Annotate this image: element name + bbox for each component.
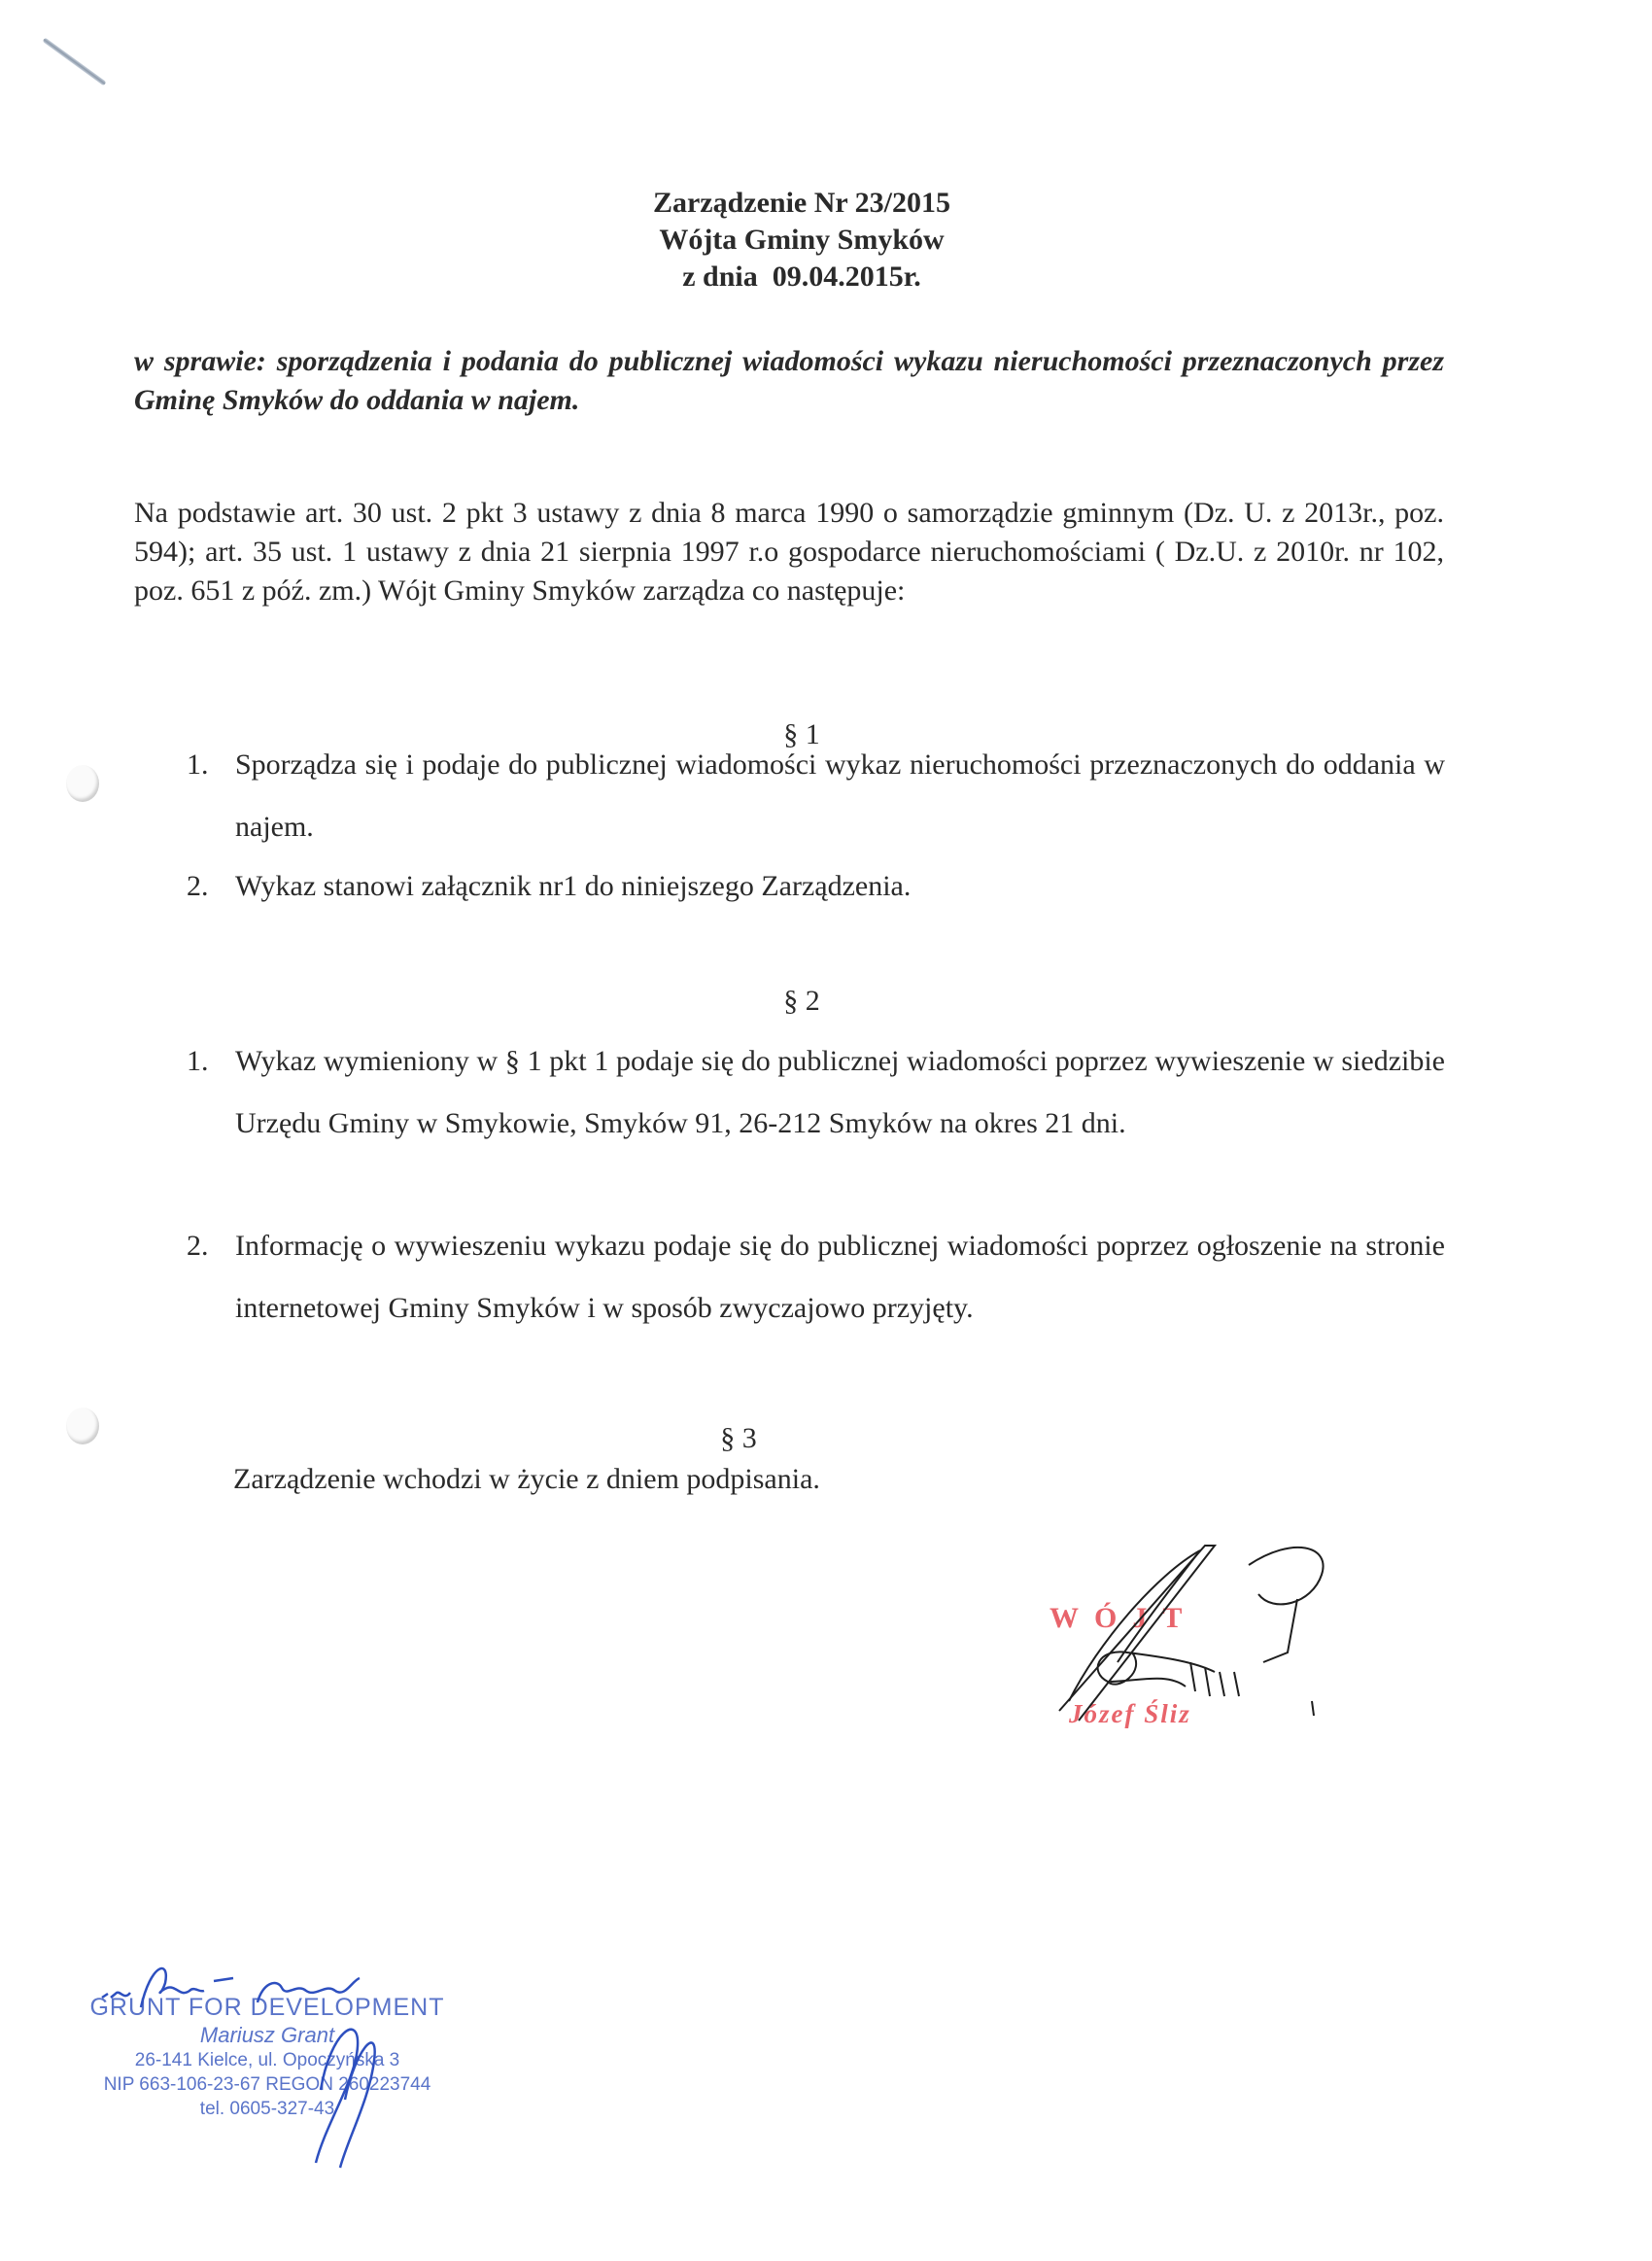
legal-basis: Na podstawie art. 30 ust. 2 pkt 3 ustawy… xyxy=(134,494,1444,610)
item-number: 1. xyxy=(187,1030,209,1093)
item-text: Informację o wywieszeniu wykazu podaje s… xyxy=(235,1215,1445,1339)
mayor-signature xyxy=(1040,1526,1331,1740)
document-header: Zarządzenie Nr 23/2015 Wójta Gminy Smykó… xyxy=(0,185,1603,296)
document-issuer: Wójta Gminy Smyków xyxy=(0,222,1603,259)
item-number: 1. xyxy=(187,734,209,796)
section-2-item-2: 2. Informację o wywieszeniu wykazu podaj… xyxy=(189,1215,1445,1339)
item-text: Sporządza się i podaje do publicznej wia… xyxy=(235,734,1445,858)
document-date: z dnia 09.04.2015r. xyxy=(0,259,1603,296)
document-title: Zarządzenie Nr 23/2015 xyxy=(0,185,1603,222)
section-2-title: § 2 xyxy=(0,984,1603,1019)
item-number: 2. xyxy=(187,855,209,918)
receipt-handwriting xyxy=(97,1954,486,2177)
section-1-item-1: 1. Sporządza się i podaje do publicznej … xyxy=(189,734,1445,858)
item-text: Wykaz wymieniony w § 1 pkt 1 podaje się … xyxy=(235,1030,1445,1155)
item-text: Wykaz stanowi załącznik nr1 do niniejsze… xyxy=(235,855,1445,918)
section-1-item-2: 2. Wykaz stanowi załącznik nr1 do niniej… xyxy=(189,855,1445,918)
punch-hole xyxy=(66,1408,99,1444)
section-3-title: § 3 xyxy=(544,1421,933,1456)
punch-hole xyxy=(66,765,99,802)
document-subject: w sprawie: sporządzenia i podania do pub… xyxy=(134,342,1444,420)
staple-mark xyxy=(43,37,107,86)
section-2-item-1: 1. Wykaz wymieniony w § 1 pkt 1 podaje s… xyxy=(189,1030,1445,1155)
section-3-text: Zarządzenie wchodzi w życie z dniem podp… xyxy=(233,1460,820,1499)
item-number: 2. xyxy=(187,1215,209,1277)
